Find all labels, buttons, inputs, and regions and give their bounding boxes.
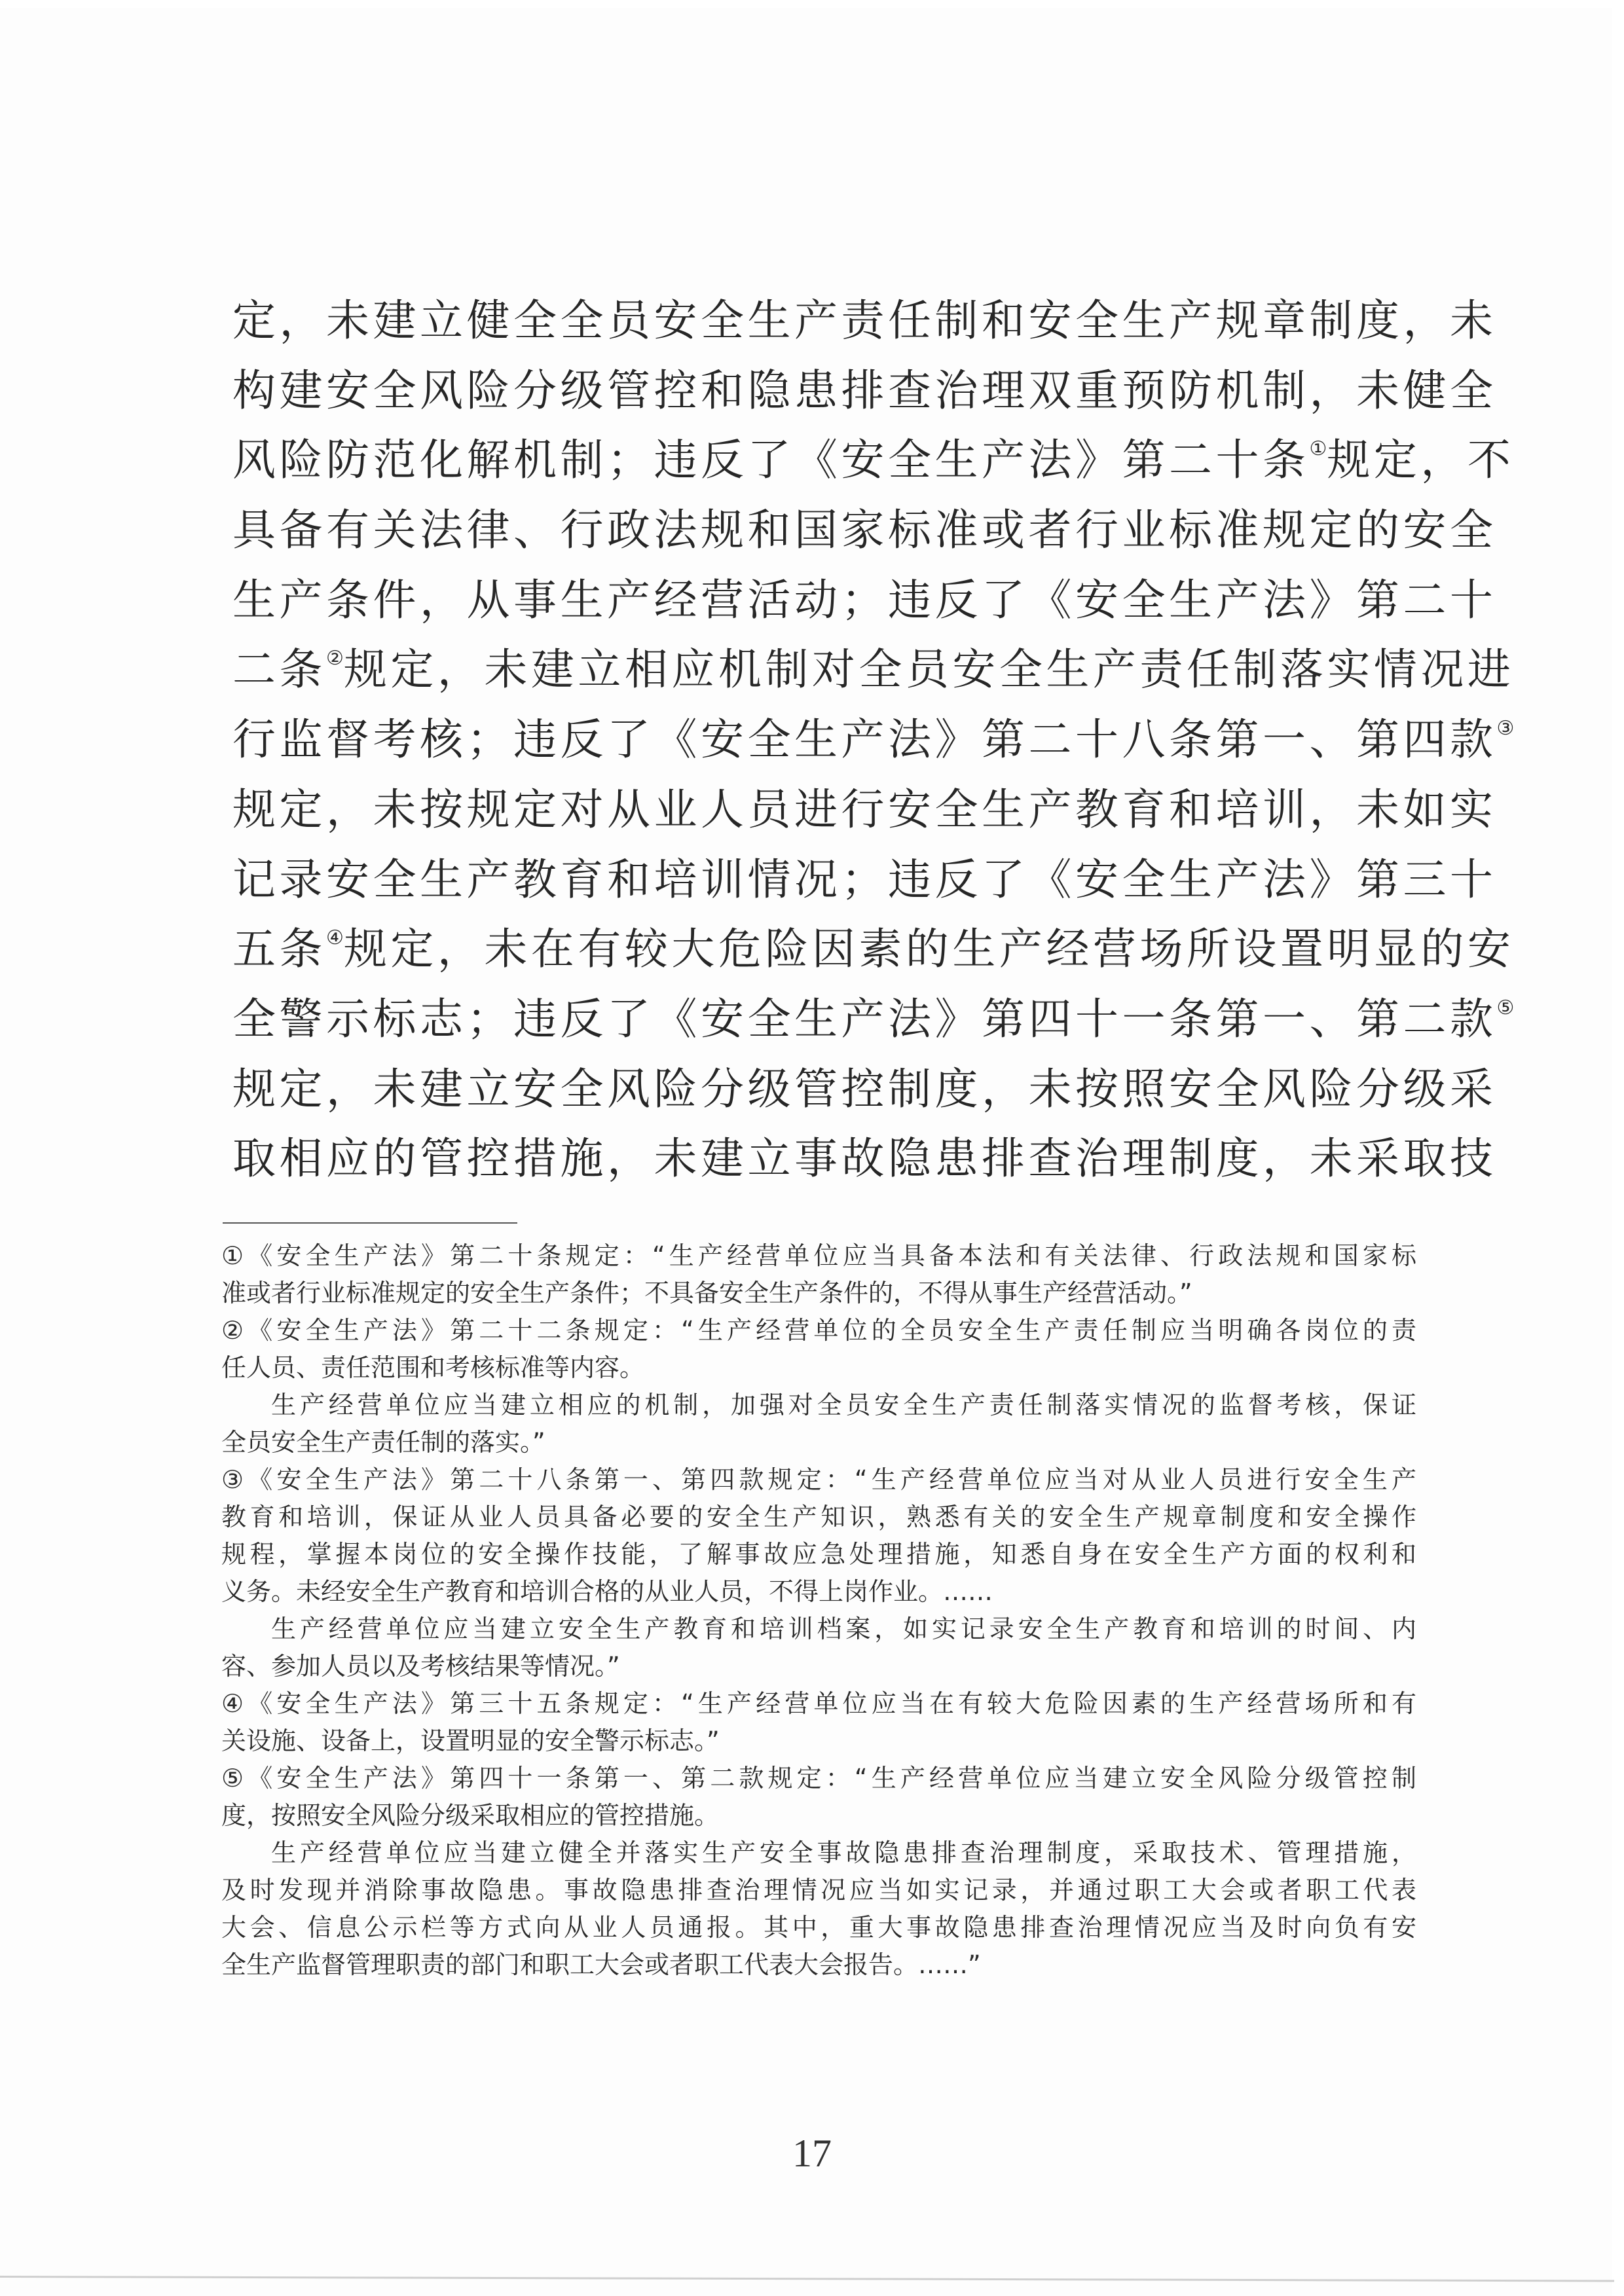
- footnote-line: 生产经营单位应当建立健全并落实生产安全事故隐患排查治理制度，采取技术、管理措施，: [221, 1834, 1416, 1872]
- footnote-4: ④《安全生产法》第三十五条规定：“生产经营单位应当在有较大危险因素的生产经营场所…: [221, 1685, 1416, 1760]
- body-line: 记录安全生产教育和培训情况；违反了《安全生产法》第三十: [232, 845, 1421, 915]
- footnote-line: 关设施、设备上，设置明显的安全警示标志。”: [221, 1722, 1416, 1760]
- body-text-segment: 五条: [232, 924, 326, 974]
- footnotes: ①《安全生产法》第二十条规定：“生产经营单位应当具备本法和有关法律、行政法规和国…: [221, 1237, 1416, 1984]
- footnote-line: 全生产监督管理职责的部门和职工大会或者职工代表大会报告。……”: [221, 1946, 1416, 1984]
- body-line: 五条④规定，未在有较大危险因素的生产经营场所设置明显的安: [232, 915, 1421, 985]
- body-paragraph: 定，未建立健全全员安全生产责任制和安全生产规章制度，未 构建安全风险分级管控和隐…: [232, 286, 1421, 1194]
- footnote-line: ②《安全生产法》第二十二条规定：“生产经营单位的全员安全生产责任制应当明确各岗位…: [221, 1312, 1416, 1349]
- footnote-line: 大会、信息公示栏等方式向从业人员通报。其中，重大事故隐患排查治理情况应当及时向负…: [221, 1909, 1416, 1946]
- body-line: 定，未建立健全全员安全生产责任制和安全生产规章制度，未: [232, 286, 1421, 356]
- footnote-line: 义务。未经安全生产教育和培训合格的从业人员，不得上岗作业。……: [221, 1573, 1416, 1611]
- scan-right-margin: [1612, 8, 1624, 2296]
- footnote-ref-3[interactable]: ③: [1497, 717, 1515, 740]
- body-text-segment: 全警示标志；违反了《安全生产法》第四十一条第一、第二款: [232, 994, 1497, 1044]
- footnote-line: 准或者行业标准规定的安全生产条件；不具备安全生产条件的，不得从事生产经营活动。”: [221, 1275, 1416, 1312]
- body-text-segment: 规定，未建立相应机制对全员安全生产责任制落实情况进: [344, 644, 1515, 695]
- body-line: 二条②规定，未建立相应机制对全员安全生产责任制落实情况进: [232, 635, 1421, 705]
- footnote-separator: [223, 1222, 517, 1224]
- footnote-line: ④《安全生产法》第三十五条规定：“生产经营单位应当在有较大危险因素的生产经营场所…: [221, 1685, 1416, 1722]
- footnote-ref-2[interactable]: ②: [326, 647, 344, 670]
- footnote-2: ②《安全生产法》第二十二条规定：“生产经营单位的全员安全生产责任制应当明确各岗位…: [221, 1312, 1416, 1461]
- body-line: 全警示标志；违反了《安全生产法》第四十一条第一、第二款⑤: [232, 985, 1421, 1055]
- body-text-segment: 风险防范化解机制；违反了《安全生产法》第二十条: [232, 435, 1310, 485]
- body-line: 风险防范化解机制；违反了《安全生产法》第二十条①规定，不: [232, 426, 1421, 496]
- body-line: 具备有关法律、行政法规和国家标准或者行业标准规定的安全: [232, 496, 1421, 566]
- body-line: 构建安全风险分级管控和隐患排查治理双重预防机制，未健全: [232, 356, 1421, 426]
- footnote-line: 生产经营单位应当建立安全生产教育和培训档案，如实记录安全生产教育和培训的时间、内: [221, 1611, 1416, 1648]
- body-text-segment: 二条: [232, 644, 326, 695]
- footnote-line: 生产经营单位应当建立相应的机制，加强对全员安全生产责任制落实情况的监督考核，保证: [221, 1387, 1416, 1424]
- body-text-segment: 规定，不: [1327, 435, 1514, 485]
- footnote-line: ①《安全生产法》第二十条规定：“生产经营单位应当具备本法和有关法律、行政法规和国…: [221, 1237, 1416, 1275]
- scan-bottom-edge: [0, 2276, 1614, 2282]
- footnote-line: 容、参加人员以及考核结果等情况。”: [221, 1648, 1416, 1685]
- footnote-line: 规程，掌握本岗位的安全操作技能，了解事故应急处理措施，知悉自身在安全生产方面的权…: [221, 1536, 1416, 1573]
- footnote-1: ①《安全生产法》第二十条规定：“生产经营单位应当具备本法和有关法律、行政法规和国…: [221, 1237, 1416, 1312]
- footnote-line: 度，按照安全风险分级采取相应的管控措施。: [221, 1797, 1416, 1834]
- footnote-3: ③《安全生产法》第二十八条第一、第四款规定：“生产经营单位应当对从业人员进行安全…: [221, 1461, 1416, 1685]
- body-text-segment: 行监督考核；违反了《安全生产法》第二十八条第一、第四款: [232, 714, 1497, 765]
- body-line: 取相应的管控措施，未建立事故隐患排查治理制度，未采取技: [232, 1124, 1421, 1194]
- body-text-segment: 规定，未在有较大危险因素的生产经营场所设置明显的安: [344, 924, 1515, 974]
- body-line: 规定，未按规定对从业人员进行安全生产教育和培训，未如实: [232, 775, 1421, 845]
- body-line: 生产条件，从事生产经营活动；违反了《安全生产法》第二十: [232, 566, 1421, 636]
- footnote-ref-1[interactable]: ①: [1310, 437, 1327, 460]
- scan-top-margin: [0, 0, 1624, 8]
- footnote-ref-4[interactable]: ④: [326, 926, 344, 949]
- page-number: 17: [786, 2131, 838, 2176]
- footnote-line: ③《安全生产法》第二十八条第一、第四款规定：“生产经营单位应当对从业人员进行安全…: [221, 1461, 1416, 1499]
- body-line: 行监督考核；违反了《安全生产法》第二十八条第一、第四款③: [232, 705, 1421, 775]
- body-line: 规定，未建立安全风险分级管控制度，未按照安全风险分级采: [232, 1055, 1421, 1125]
- footnote-line: ⑤《安全生产法》第四十一条第一、第二款规定：“生产经营单位应当建立安全风险分级管…: [221, 1760, 1416, 1797]
- footnote-line: 任人员、责任范围和考核标准等内容。: [221, 1349, 1416, 1387]
- footnote-line: 教育和培训，保证从业人员具备必要的安全生产知识，熟悉有关的安全生产规章制度和安全…: [221, 1499, 1416, 1536]
- footnote-ref-5[interactable]: ⑤: [1497, 996, 1515, 1019]
- footnote-line: 全员安全生产责任制的落实。”: [221, 1424, 1416, 1461]
- footnote-5: ⑤《安全生产法》第四十一条第一、第二款规定：“生产经营单位应当建立安全风险分级管…: [221, 1760, 1416, 1984]
- footnote-line: 及时发现并消除事故隐患。事故隐患排查治理情况应当如实记录，并通过职工大会或者职工…: [221, 1872, 1416, 1909]
